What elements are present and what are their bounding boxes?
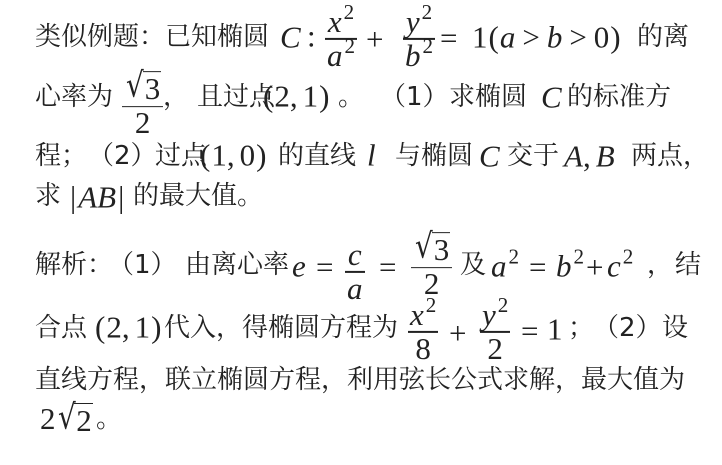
part-2-label: （2） (88, 143, 157, 169)
radicand: 2 (74, 403, 93, 435)
left-paren: ( (489, 20, 499, 55)
fraction-numerator: x2 (326, 9, 356, 35)
point-b: B (97, 180, 116, 215)
question-text: 的标准方 (567, 84, 671, 110)
fraction-numerator: y2 (404, 9, 434, 35)
exponent: 2 (498, 293, 509, 317)
exponent: 2 (344, 0, 355, 24)
equation-rhs-condition: 1(a>b>0) (472, 22, 622, 53)
exponent: 2 (574, 244, 585, 268)
question-text: 与椭圆 (395, 143, 473, 169)
var-e: e (292, 251, 306, 282)
comma: ， (163, 84, 189, 110)
fraction-numerator: √3 (122, 71, 163, 103)
point-b: B (596, 139, 615, 174)
var-a: a (500, 20, 516, 55)
left-paren: ( (263, 79, 273, 114)
question-text: 两点， (631, 143, 709, 169)
plus-sign: + (449, 318, 466, 349)
question-text: 程； (35, 143, 87, 169)
exponent: 2 (423, 34, 434, 58)
equals-sign: = (379, 252, 396, 283)
period: 。 (96, 406, 122, 432)
rhs-one: 1 (547, 314, 563, 345)
question-text: 的直线 (278, 143, 356, 169)
part-1-label: （1） (108, 252, 177, 278)
right-paren: ) (610, 20, 620, 55)
left-paren: ( (95, 310, 105, 345)
question-text: 求 (35, 183, 61, 209)
fraction-x2-over-a2: x2 a2 (325, 9, 357, 69)
var-b: b (547, 20, 563, 55)
line-name-l: l (367, 140, 376, 171)
var-x: x (410, 297, 424, 332)
part-1-label: （1） (380, 84, 449, 110)
exponent: 2 (422, 0, 433, 24)
fraction-denominator: b2 (403, 43, 435, 69)
curve-name-c: C (280, 22, 301, 53)
point-y: 1 (303, 79, 319, 114)
fraction-numerator: √3 (411, 232, 452, 264)
fraction-x2-over-8: x2 8 (408, 302, 438, 362)
radicand: 3 (143, 71, 162, 103)
semicolon: ； (568, 315, 594, 341)
fraction-denominator: a2 (325, 43, 357, 69)
separator: , (122, 310, 130, 345)
point-2-1: (2,1) (94, 312, 162, 343)
equals-sign: = (521, 316, 538, 347)
solution-text: 得椭圆方程为 (242, 315, 398, 341)
comma: ， (647, 252, 673, 278)
var-y: y (406, 4, 420, 39)
points-a-b: A,B (564, 141, 615, 172)
separator: , (583, 139, 591, 174)
point-a: A (78, 180, 97, 215)
exponent: 2 (509, 244, 520, 268)
solution-text: 直线方程，联立椭圆方程，利用弦长公式求解，最大值为 (35, 367, 685, 393)
solution-text: 及 (460, 252, 486, 278)
plus-sign: + (366, 24, 383, 55)
fraction-numerator: x2 (408, 302, 438, 328)
zero: 0 (594, 20, 610, 55)
fraction-denominator: 8 (413, 336, 433, 362)
separator: , (290, 79, 298, 114)
var-y: y (482, 297, 496, 332)
point-x: 2 (274, 79, 290, 114)
part-2-label: （2） (593, 315, 662, 341)
var-a: a (327, 38, 343, 73)
square-root: √2 (56, 403, 93, 435)
point-x: 2 (106, 310, 122, 345)
abs-ab: |AB| (68, 182, 126, 213)
solution-text: 设 (662, 315, 688, 341)
var-b: b (405, 38, 421, 73)
solution-text: 结 (675, 252, 701, 278)
exponent: 2 (345, 34, 356, 58)
square-root: √3 (413, 232, 450, 264)
question-intro-text: 类似例题：已知椭圆 (35, 24, 269, 50)
equals-sign: = (316, 252, 333, 283)
fraction-y2-over-b2: y2 b2 (403, 9, 435, 69)
abs-bar-left: | (70, 180, 76, 215)
solution-label: 解析： (35, 252, 113, 278)
equals-sign: = (529, 252, 546, 283)
var-x: x (328, 4, 342, 39)
term-b-squared: b2 (556, 251, 584, 282)
question-text: 求椭圆 (449, 84, 527, 110)
fraction-denominator: a (345, 276, 365, 302)
abs-bar-right: | (118, 180, 124, 215)
left-paren: ( (200, 138, 210, 173)
max-value-2-sqrt2: 2√2 (40, 403, 93, 435)
square-root: √3 (124, 71, 161, 103)
radicand: 3 (432, 232, 451, 264)
term-c-squared: c2 (607, 251, 633, 282)
point-2-1: (2,1) (262, 81, 330, 112)
separator: , (227, 138, 235, 173)
rhs-one: 1 (472, 20, 488, 55)
term-a-squared: a2 (491, 251, 519, 282)
fraction-denominator: 2 (485, 336, 505, 362)
document-page: 类似例题：已知椭圆 C : x2 a2 + y2 b2 = 1(a>b>0) 的… (0, 0, 722, 465)
point-1-0: (1,0) (199, 140, 267, 171)
var-a: a (491, 249, 507, 284)
right-paren: ) (319, 79, 329, 114)
curve-name-c: C (479, 141, 500, 172)
colon-symbol: : (307, 21, 316, 52)
point-y: 1 (135, 310, 151, 345)
radical-sign: √ (57, 400, 75, 435)
greater-than: > (569, 20, 586, 55)
curve-name-c: C (541, 82, 562, 113)
var-c: c (607, 249, 621, 284)
fraction-c-over-a: c a (345, 242, 365, 302)
question-text: 心率为 (35, 84, 113, 110)
question-text: 的最大值。 (133, 183, 263, 209)
solution-text: 代入， (164, 315, 242, 341)
plus-sign: + (586, 252, 603, 283)
fraction-sqrt3-over-2: √3 2 (411, 232, 452, 298)
point-x: 1 (211, 138, 227, 173)
fraction-numerator: y2 (480, 302, 510, 328)
radical-sign: √ (415, 229, 433, 264)
question-text: 交于 (507, 143, 559, 169)
coefficient: 2 (40, 401, 56, 436)
fraction-y2-over-2: y2 2 (480, 302, 510, 362)
solution-text: 合点 (35, 315, 87, 341)
fraction-sqrt3-over-2: √3 2 (122, 71, 163, 137)
question-text: 的离 (637, 24, 689, 50)
fraction-denominator: 2 (133, 111, 153, 137)
greater-than: > (522, 20, 539, 55)
period: 。 (338, 84, 364, 110)
point-y: 0 (240, 138, 256, 173)
point-a: A (564, 139, 583, 174)
equals-sign: = (440, 23, 457, 54)
solution-text: 由离心率 (185, 252, 289, 278)
fraction-numerator: c (346, 242, 364, 268)
exponent: 2 (426, 293, 437, 317)
var-b: b (556, 249, 572, 284)
exponent: 2 (623, 244, 634, 268)
right-paren: ) (256, 138, 266, 173)
right-paren: ) (151, 310, 161, 345)
radical-sign: √ (126, 68, 144, 103)
